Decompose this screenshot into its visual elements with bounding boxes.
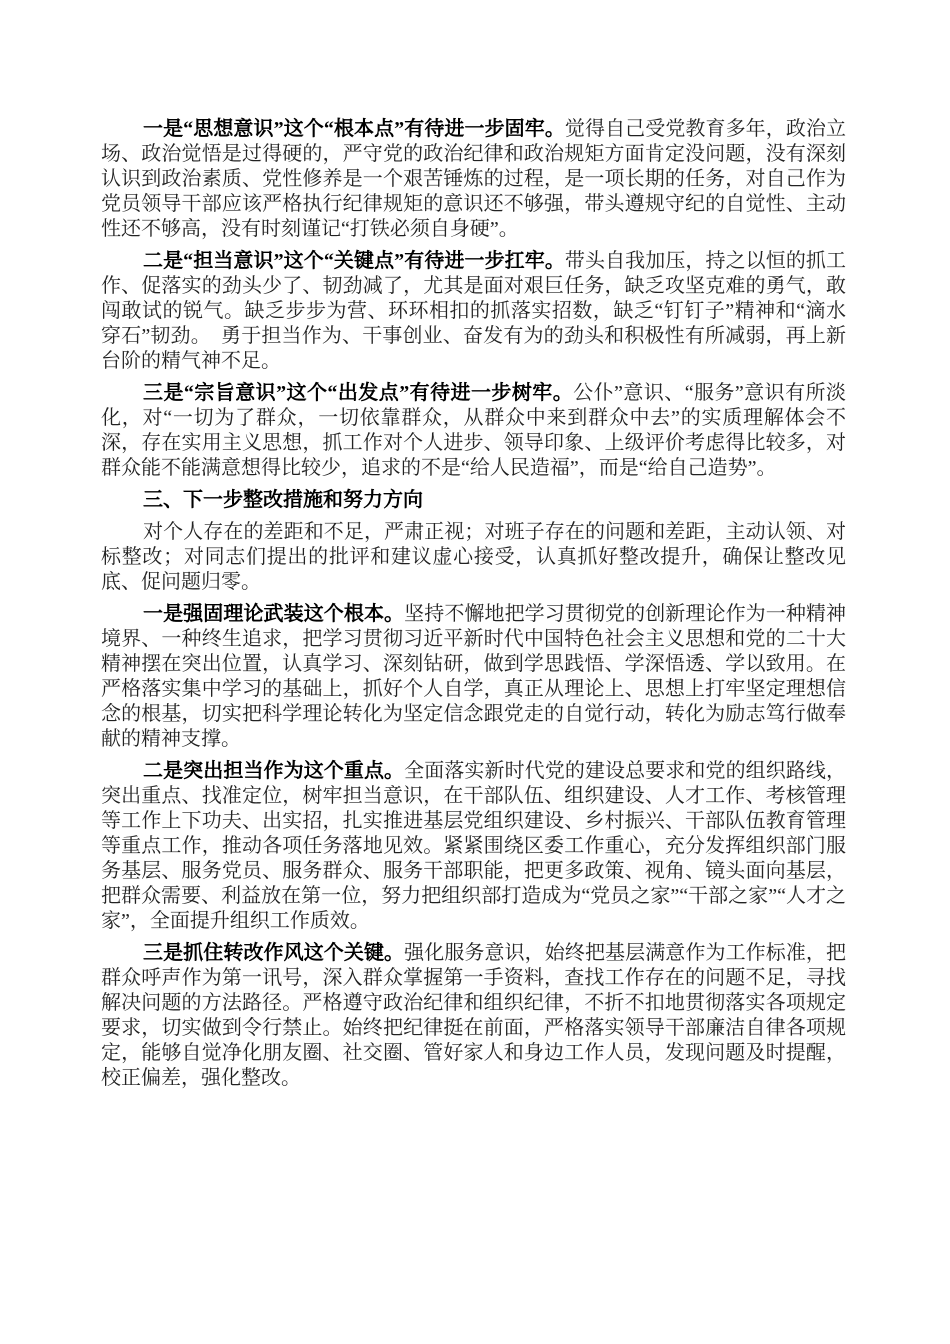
document-page: 一是“思想意识”这个“根本点”有待进一步固牢。觉得自己受党教育多年，政治立场、政…: [0, 0, 950, 1344]
paragraph-lead: 三是“宗旨意识”这个“出发点”有待进一步树牢。: [143, 382, 573, 404]
paragraph-body: 坚持不懈地把学习贯彻党的创新理论作为一种精神境界、一种终生追求，把学习贯彻习近平…: [101, 603, 846, 750]
paragraph-lead: 二是“担当意识”这个“关键点”有待进一步扛牢。: [143, 250, 565, 272]
paragraph-responsibility-awareness: 二是“担当意识”这个“关键点”有待进一步扛牢。带头自我加压，持之以恒的抓工作、促…: [101, 249, 846, 374]
paragraph-lead: 一是“思想意识”这个“根本点”有待进一步固牢。: [143, 118, 565, 140]
paragraph-rectification-intro: 对个人存在的差距和不足，严肃正视；对班子存在的问题和差距，主动认领、对标整改；对…: [101, 520, 846, 595]
section-heading-text: 三、下一步整改措施和努力方向: [143, 489, 423, 511]
paragraph-thought-awareness: 一是“思想意识”这个“根本点”有待进一步固牢。觉得自己受党教育多年，政治立场、政…: [101, 117, 846, 242]
paragraph-purpose-awareness: 三是“宗旨意识”这个“出发点”有待进一步树牢。公仆”意识、“服务”意识有所淡化，…: [101, 381, 846, 481]
paragraph-body: 全面落实新时代党的建设总要求和党的组织路线，突出重点、找准定位，树牢担当意识，在…: [101, 760, 846, 932]
paragraph-highlight-responsibility: 二是突出担当作为这个重点。全面落实新时代党的建设总要求和党的组织路线，突出重点、…: [101, 759, 846, 934]
paragraph-lead: 三是抓住转改作风这个关键。: [143, 942, 404, 964]
paragraph-lead: 一是强固理论武装这个根本。: [143, 603, 404, 625]
paragraph-work-style: 三是抓住转改作风这个关键。强化服务意识，始终把基层满意作为工作标准，把群众呼声作…: [101, 941, 846, 1091]
paragraph-theory-arming: 一是强固理论武装这个根本。坚持不懈地把学习贯彻党的创新理论作为一种精神境界、一种…: [101, 602, 846, 752]
paragraph-body: 强化服务意识，始终把基层满意作为工作标准，把群众呼声作为第一讯号，深入群众掌握第…: [101, 942, 846, 1089]
paragraph-body: 对个人存在的差距和不足，严肃正视；对班子存在的问题和差距，主动认领、对标整改；对…: [101, 521, 846, 593]
paragraph-lead: 二是突出担当作为这个重点。: [143, 760, 404, 782]
section-heading-rectification: 三、下一步整改措施和努力方向: [101, 488, 846, 513]
